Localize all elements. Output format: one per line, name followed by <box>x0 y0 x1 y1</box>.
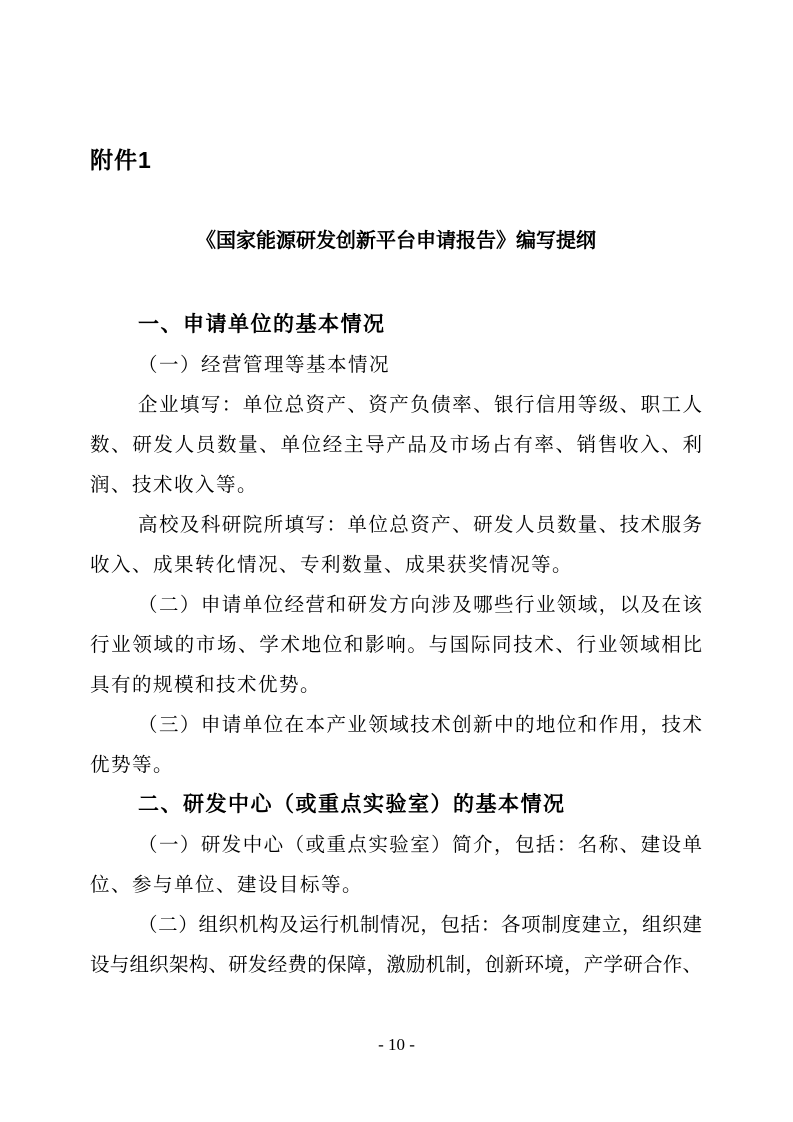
paragraph: （二）申请单位经营和研发方向涉及哪些行业领域，以及在该 行业领域的市场、学术地位… <box>90 585 702 705</box>
paragraph: （二）组织机构及运行机制情况，包括：各项制度建立，组织建 设与组织架构、研发经费… <box>90 905 702 985</box>
text-line: 收入、成果转化情况、专利数量、成果获奖情况等。 <box>90 545 702 585</box>
text-line: 数、研发人员数量、单位经主导产品及市场占有率、销售收入、利 <box>90 425 702 465</box>
text-line: 行业领域的市场、学术地位和影响。与国际同技术、行业领域相比 <box>90 625 702 665</box>
text-line: 企业填写：单位总资产、资产负债率、银行信用等级、职工人 <box>90 385 702 425</box>
text-line: 优势等。 <box>90 745 702 785</box>
paragraph: 企业填写：单位总资产、资产负债率、银行信用等级、职工人 数、研发人员数量、单位经… <box>90 385 702 505</box>
paragraph: 高校及科研院所填写：单位总资产、研发人员数量、技术服务 收入、成果转化情况、专利… <box>90 505 702 585</box>
text-line: （三）申请单位在本产业领域技术创新中的地位和作用，技术 <box>90 705 702 745</box>
text-line: 高校及科研院所填写：单位总资产、研发人员数量、技术服务 <box>90 505 702 545</box>
section-heading: 一、申请单位的基本情况 <box>90 305 702 345</box>
text-line: 润、技术收入等。 <box>90 465 702 505</box>
document-title: 《国家能源研发创新平台申请报告》编写提纲 <box>90 226 702 256</box>
page-number: - 10 - <box>0 1030 793 1060</box>
text-line: （二）申请单位经营和研发方向涉及哪些行业领域，以及在该 <box>90 585 702 625</box>
document-page: 附件1 《国家能源研发创新平台申请报告》编写提纲 一、申请单位的基本情况 （一）… <box>0 0 793 1122</box>
text-line: 具有的规模和技术优势。 <box>90 665 702 705</box>
paragraph: （三）申请单位在本产业领域技术创新中的地位和作用，技术 优势等。 <box>90 705 702 785</box>
paragraph: （一）经营管理等基本情况 <box>90 345 702 385</box>
text-line: （一）经营管理等基本情况 <box>90 345 702 385</box>
section-heading: 二、研发中心（或重点实验室）的基本情况 <box>90 785 702 825</box>
section-2: 二、研发中心（或重点实验室）的基本情况 <box>90 785 702 825</box>
paragraph: （一）研发中心（或重点实验室）简介，包括：名称、建设单 位、参与单位、建设目标等… <box>90 825 702 905</box>
text-line: （一）研发中心（或重点实验室）简介，包括：名称、建设单 <box>90 825 702 865</box>
text-line: 设与组织架构、研发经费的保障，激励机制，创新环境，产学研合作、 <box>90 945 702 985</box>
section-1: 一、申请单位的基本情况 <box>90 305 702 345</box>
attachment-label: 附件1 <box>90 145 152 175</box>
document-body: 一、申请单位的基本情况 （一）经营管理等基本情况 企业填写：单位总资产、资产负债… <box>90 305 702 985</box>
text-line: 位、参与单位、建设目标等。 <box>90 865 702 905</box>
text-line: （二）组织机构及运行机制情况，包括：各项制度建立，组织建 <box>90 905 702 945</box>
